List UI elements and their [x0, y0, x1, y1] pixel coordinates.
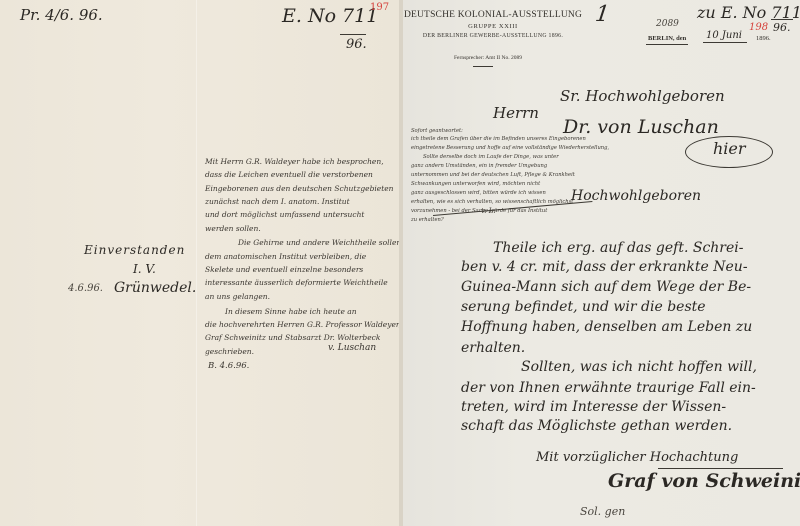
margin-note-line: Schwankungen unterworfen wird, möchten n… [411, 180, 540, 188]
received-note: Pr. 4/6. 96. [20, 6, 103, 24]
body-line: zunächst nach dem I. anatom. Institut [205, 195, 350, 208]
salutation-hier: hier [713, 139, 746, 158]
body-line: dass die Leichen eventuell die verstorbe… [205, 168, 373, 181]
body-line: Hoffnung haben, denselben am Leben zu [461, 319, 752, 335]
phone-underline [473, 66, 493, 67]
journal-ref-year: 96. [773, 21, 791, 34]
left-page: Pr. 4/6. 96. E. No 711 96. 197 Einversta… [0, 0, 399, 526]
place-label: BERLIN, den [648, 35, 686, 42]
margin-approval: Einverstanden [84, 243, 185, 257]
footer-note: Sol. gen [580, 505, 625, 518]
margin-note-line: unternommen und bei der deutschen Luft, … [411, 171, 575, 179]
salutation-line1: Sr. Hochwohlgeboren [560, 87, 725, 105]
left-signature: v. Luschan [328, 342, 376, 355]
body-line: Sollten, was ich nicht hoffen will, [521, 359, 757, 375]
closing: Mit vorzüglicher Hochachtung [536, 450, 738, 465]
letterhead-group: GRUPPE XXIII [403, 23, 583, 30]
left-signed-date: B. 4.6.96. [208, 360, 249, 373]
body-line: ben v. 4 cr. mit, dass der erkrankte Neu… [461, 259, 748, 275]
margin-note-line: eingetretene Besserung und hoffe auf ein… [411, 144, 609, 152]
body-line: die hochverehrten Herren G.R. Professor … [205, 318, 401, 331]
body-line: und dort möglichst umfassend untersucht [205, 208, 364, 221]
journal-number: E. No 711 [282, 5, 378, 27]
salutation-name: Dr. von Luschan [563, 116, 719, 138]
body-line: der von Ihnen erwähnte traurige Fall ein… [461, 380, 756, 396]
journal-year: 96. [346, 37, 367, 52]
body-line: interessante äusserlich deformierte Weic… [205, 276, 388, 289]
body-line: treten, wird im Interesse der Wissen- [461, 399, 726, 415]
margin-iv: I. V. [133, 262, 156, 276]
body-line: Skelete und eventuell einzelne besonders [205, 263, 363, 276]
handwritten-date: 10 Juni [706, 30, 742, 41]
archive-number-red: 198 [749, 22, 768, 33]
body-line: geschrieben. [205, 345, 254, 358]
body-line: werden sollen. [205, 222, 261, 235]
archive-number-red: 197 [370, 2, 389, 13]
body-line: an uns gelangen. [205, 290, 270, 303]
signature: Graf von Schweinitz [608, 470, 800, 492]
paper-fold [196, 0, 197, 526]
body-line: Theile ich erg. auf das geft. Schrei- [493, 240, 743, 256]
body-line: Die Gehirne und andere Weichtheile solle… [238, 236, 401, 249]
margin-date: 4.6.96. [68, 283, 103, 294]
letterhead-phone: Fernsprecher: Amt II No. 2089 [423, 55, 553, 61]
body-line: erhalten. [461, 340, 525, 356]
body-line: In diesem Sinne habe ich heute an [225, 305, 357, 318]
body-line: schaft das Möglichste gethan werden. [461, 418, 732, 434]
body-line: dem anatomischen Institut verbleiben, di… [205, 250, 366, 263]
body-line: Guinea-Mann sich auf dem Wege der Be- [461, 279, 751, 295]
right-page: DEUTSCHE KOLONIAL-AUSSTELLUNG GRUPPE XXI… [403, 0, 800, 526]
margin-note-line: Sollte derselbe doch im Laufe der Dinge,… [423, 153, 559, 161]
letterhead-title: DEUTSCHE KOLONIAL-AUSSTELLUNG [403, 10, 583, 20]
place-year: 1896. [756, 35, 771, 42]
journal-ref-underline [771, 19, 793, 20]
pencil-number: 2089 [656, 19, 679, 29]
place-underline [646, 44, 688, 45]
date-underline [703, 42, 747, 43]
letterhead-subtitle: DER BERLINER GEWERBE-AUSSTELLUNG 1896. [400, 33, 586, 39]
body-line: Mit Herrn G.R. Waldeyer habe ich besproc… [205, 155, 384, 168]
salutation-herrn: Herrn [493, 104, 539, 122]
journal-underline [340, 34, 366, 35]
margin-note-line: ich theile dem Grafen über die im Befind… [411, 135, 586, 143]
body-line: Eingeborenen aus den deutschen Schutzgeb… [205, 182, 394, 195]
closing-underline [658, 468, 783, 469]
margin-signature: Grünwedel. [114, 280, 196, 296]
body-line: serung befindet, und wir die beste [461, 299, 706, 315]
margin-note-line: ganz ausgeschlossen wird, bitten würde i… [411, 189, 546, 197]
margin-note-line: zu erhalten? [411, 216, 444, 224]
page-number: 1 [591, 2, 613, 27]
margin-note-line: ganz andern Umständen, ein in fremder Um… [411, 162, 547, 170]
